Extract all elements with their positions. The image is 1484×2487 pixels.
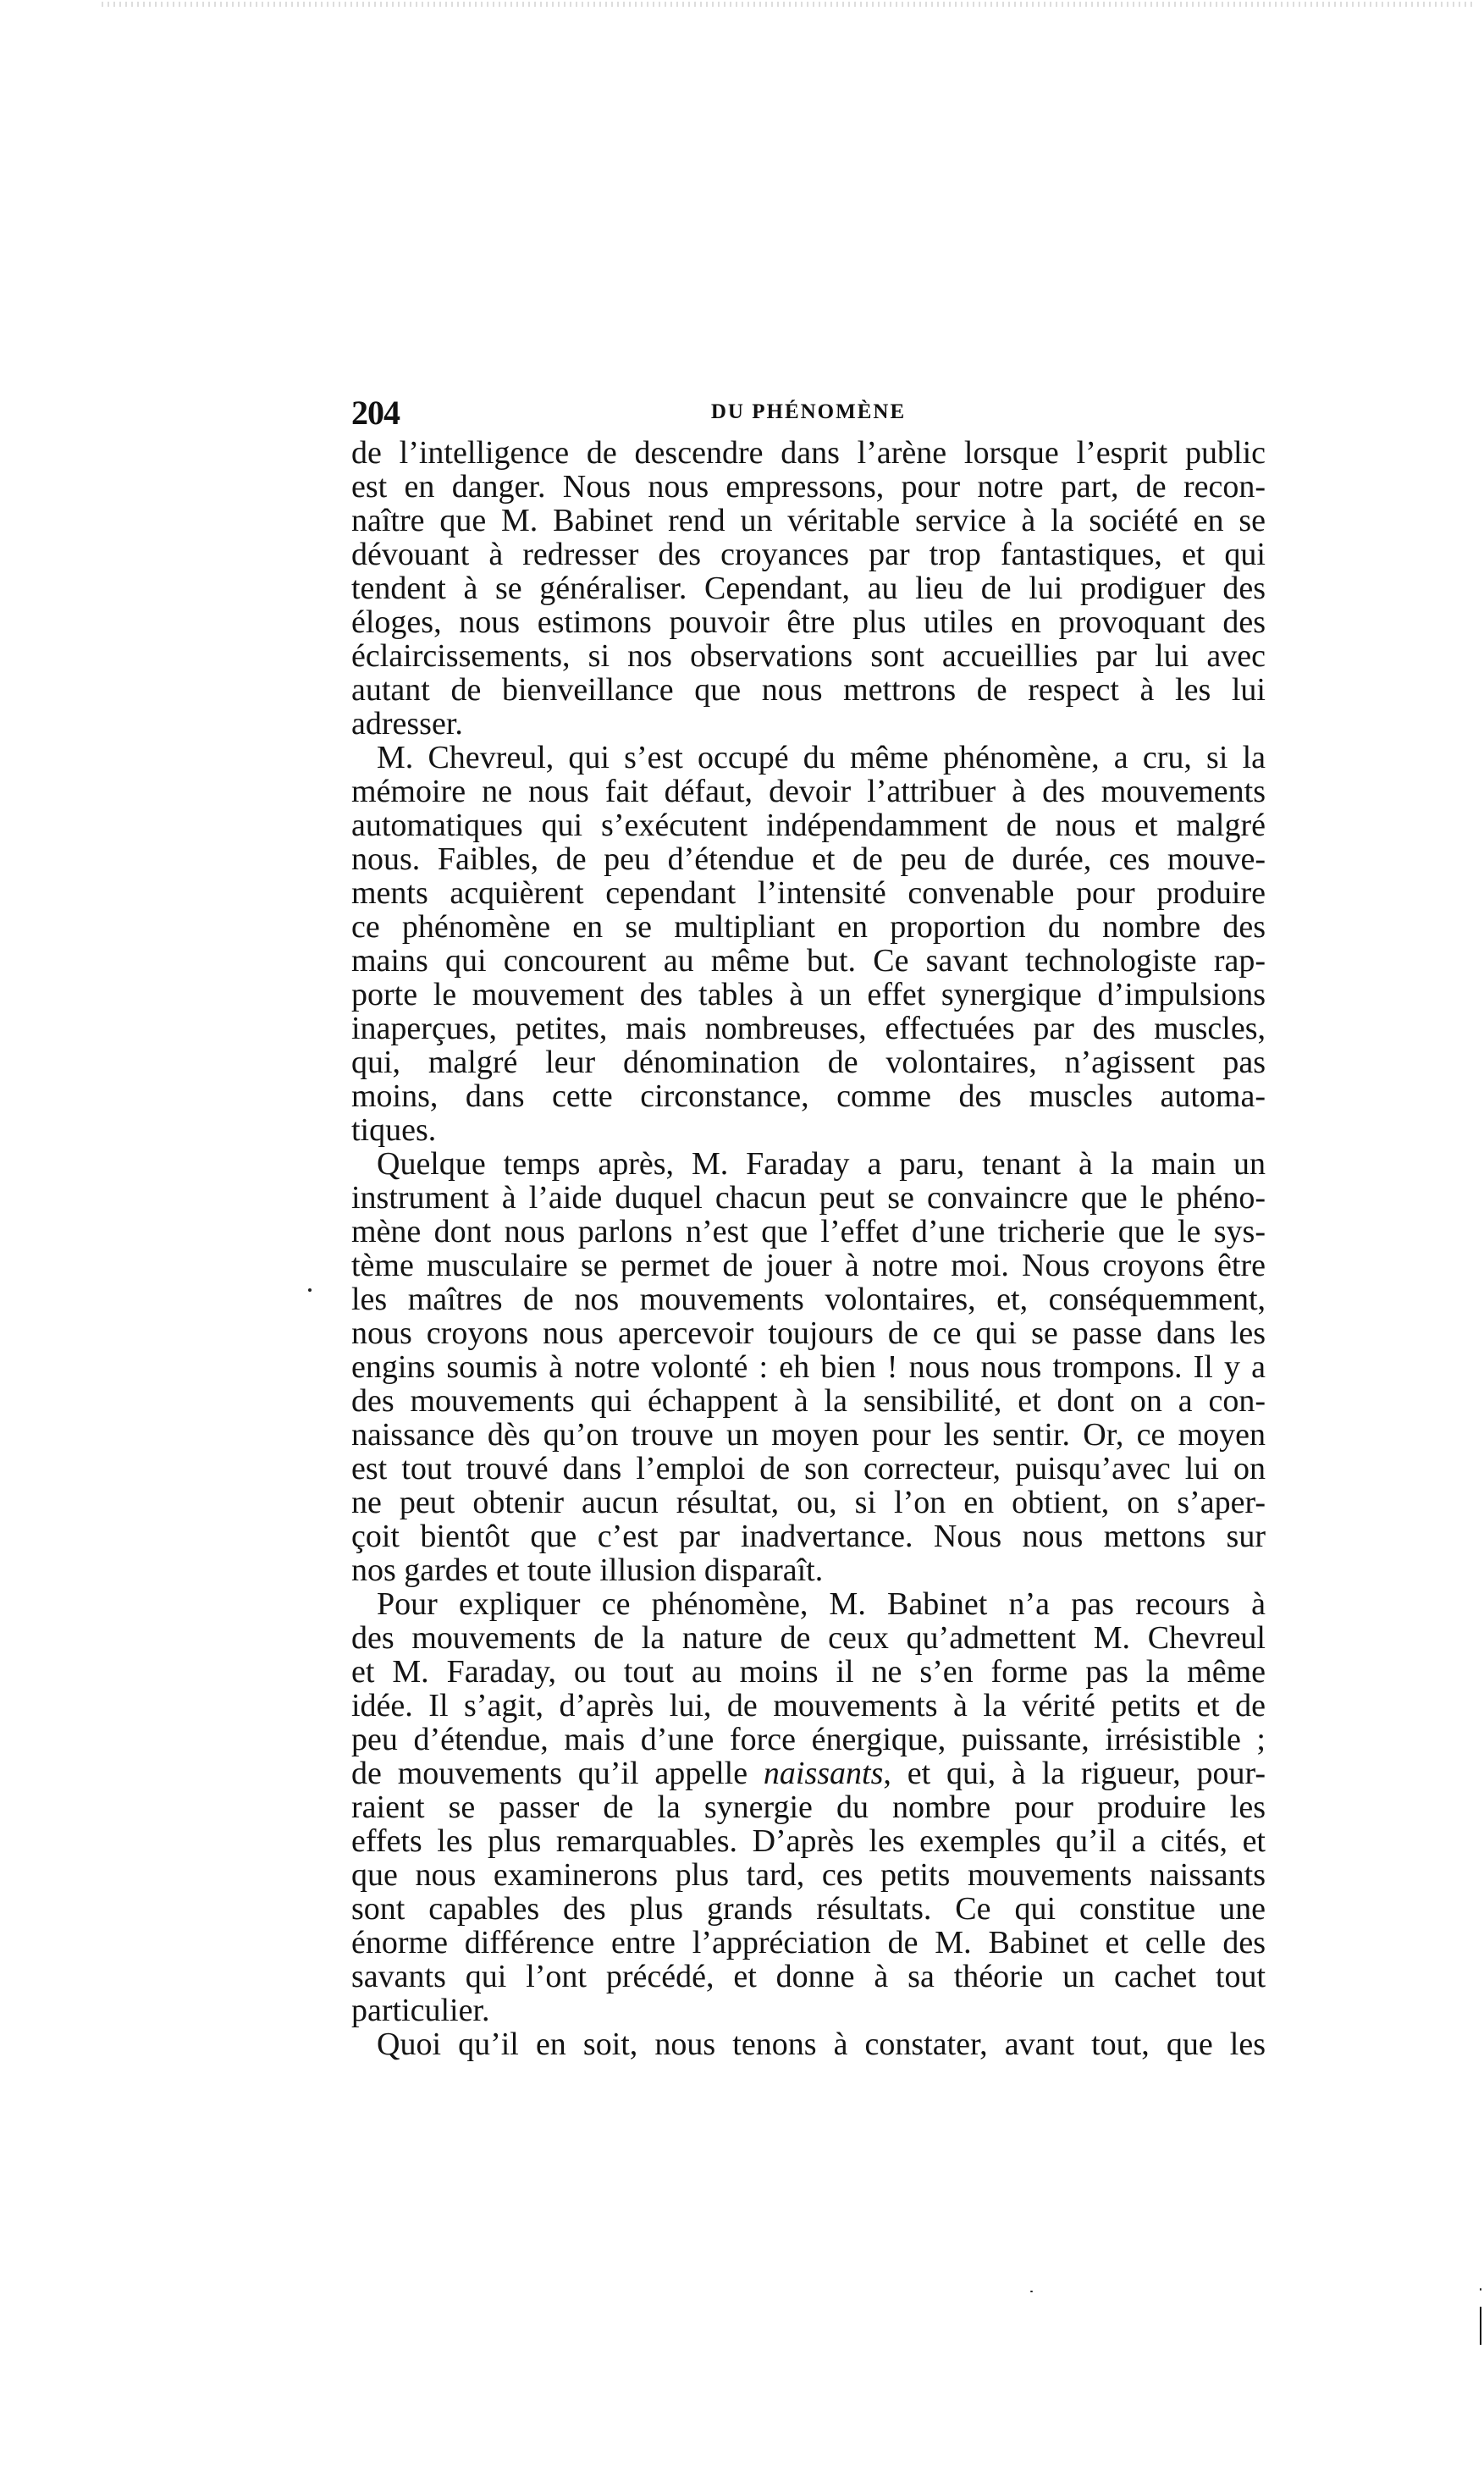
text-line: nous. Faibles, de peu d’étendue et de pe… xyxy=(351,842,1266,876)
text-line: particulier. xyxy=(351,1993,1266,2027)
text-line: mains qui concourent au même but. Ce sav… xyxy=(351,944,1266,978)
text-line: çoit bientôt que c’est par inadvertance.… xyxy=(351,1519,1266,1553)
text-line: autant de bienveillance que nous mettron… xyxy=(351,673,1266,707)
text-line: engins soumis à notre volonté : eh bien … xyxy=(351,1350,1266,1384)
text-line: tiques. xyxy=(351,1113,1266,1147)
paragraph-start-line: M. Chevreul, qui s’est occupé du même ph… xyxy=(351,741,1266,775)
text-line: savants qui l’ont précédé, et donne à sa… xyxy=(351,1960,1266,1993)
text-line: les maîtres de nos mouvements volontaire… xyxy=(351,1282,1266,1316)
text-line: est tout trouvé dans l’emploi de son cor… xyxy=(351,1452,1266,1486)
text-line: est en danger. Nous nous empressons, pou… xyxy=(351,470,1266,504)
text-line: que nous examinerons plus tard, ces peti… xyxy=(351,1858,1266,1892)
text-line: des mouvements de la nature de ceux qu’a… xyxy=(351,1621,1266,1655)
text-line: inaperçues, petites, mais nombreuses, ef… xyxy=(351,1012,1266,1045)
text-line: mémoire ne nous fait défaut, devoir l’at… xyxy=(351,775,1266,808)
paragraph-start-line: Quoi qu’il en soit, nous tenons à consta… xyxy=(351,2027,1266,2061)
text-line: nous croyons nous apercevoir toujours de… xyxy=(351,1316,1266,1350)
text-line: éloges, nous estimons pouvoir être plus … xyxy=(351,605,1266,639)
text-line: raient se passer de la synergie du nombr… xyxy=(351,1790,1266,1824)
text-line: ne peut obtenir aucun résultat, ou, si l… xyxy=(351,1486,1266,1519)
text-line: moins, dans cette circonstance, comme de… xyxy=(351,1079,1266,1113)
text-line: dévouant à redresser des croyances par t… xyxy=(351,538,1266,571)
text-line: ce phénomène en se multipliant en propor… xyxy=(351,910,1266,944)
scan-speck xyxy=(1480,2288,1481,2291)
text-line: nos gardes et toute illusion disparaît. xyxy=(351,1553,1266,1587)
text-line: sont capables des plus grands résultats.… xyxy=(351,1892,1266,1926)
text-line: porte le mouvement des tables à un effet… xyxy=(351,978,1266,1012)
text-line: peu d’étendue, mais d’une force énergiqu… xyxy=(351,1723,1266,1756)
text-line: énorme différence entre l’appréciation d… xyxy=(351,1926,1266,1960)
text-line: éclaircissements, si nos observations so… xyxy=(351,639,1266,673)
running-title: DU PHÉNOMÈNE xyxy=(351,400,1266,425)
text-line: mène dont nous parlons n’est que l’effet… xyxy=(351,1215,1266,1249)
text-line: instrument à l’aide duquel chacun peut s… xyxy=(351,1181,1266,1215)
text-line: automatiques qui s’exécutent indépendamm… xyxy=(351,808,1266,842)
text-line: de mouvements qu’il appelle naissants, e… xyxy=(351,1756,1266,1790)
text-line: tendent à se généraliser. Cependant, au … xyxy=(351,571,1266,605)
text-line: qui, malgré leur dénomination de volonta… xyxy=(351,1045,1266,1079)
text-line: adresser. xyxy=(351,707,1266,741)
scan-edge-mark xyxy=(1480,2307,1481,2345)
paragraph-start-line: Quelque temps après, M. Faraday a paru, … xyxy=(351,1147,1266,1181)
text-line: de l’intelligence de descendre dans l’ar… xyxy=(351,436,1266,470)
text-line: idée. Il s’agit, d’après lui, de mouveme… xyxy=(351,1689,1266,1723)
text-line: naître que M. Babinet rend un véritable … xyxy=(351,504,1266,538)
scan-speck xyxy=(1030,2291,1033,2292)
scan-speck xyxy=(308,1288,312,1292)
text-line: ments acquièrent cependant l’intensité c… xyxy=(351,876,1266,910)
text-line: tème musculaire se permet de jouer à not… xyxy=(351,1249,1266,1282)
text-line: effets les plus remarquables. D’après le… xyxy=(351,1824,1266,1858)
book-page: 204 DU PHÉNOMÈNE de l’intelligence de de… xyxy=(0,0,1484,2487)
italic-term: naissants xyxy=(764,1756,883,1791)
paragraph-start-line: Pour expliquer ce phénomène, M. Babinet … xyxy=(351,1587,1266,1621)
running-head: 204 DU PHÉNOMÈNE xyxy=(351,394,1266,432)
text-line: des mouvements qui échappent à la sensib… xyxy=(351,1384,1266,1418)
scan-noise-top xyxy=(102,2,1473,7)
text-line: naissance dès qu’on trouve un moyen pour… xyxy=(351,1418,1266,1452)
text-line: et M. Faraday, ou tout au moins il ne s’… xyxy=(351,1655,1266,1689)
